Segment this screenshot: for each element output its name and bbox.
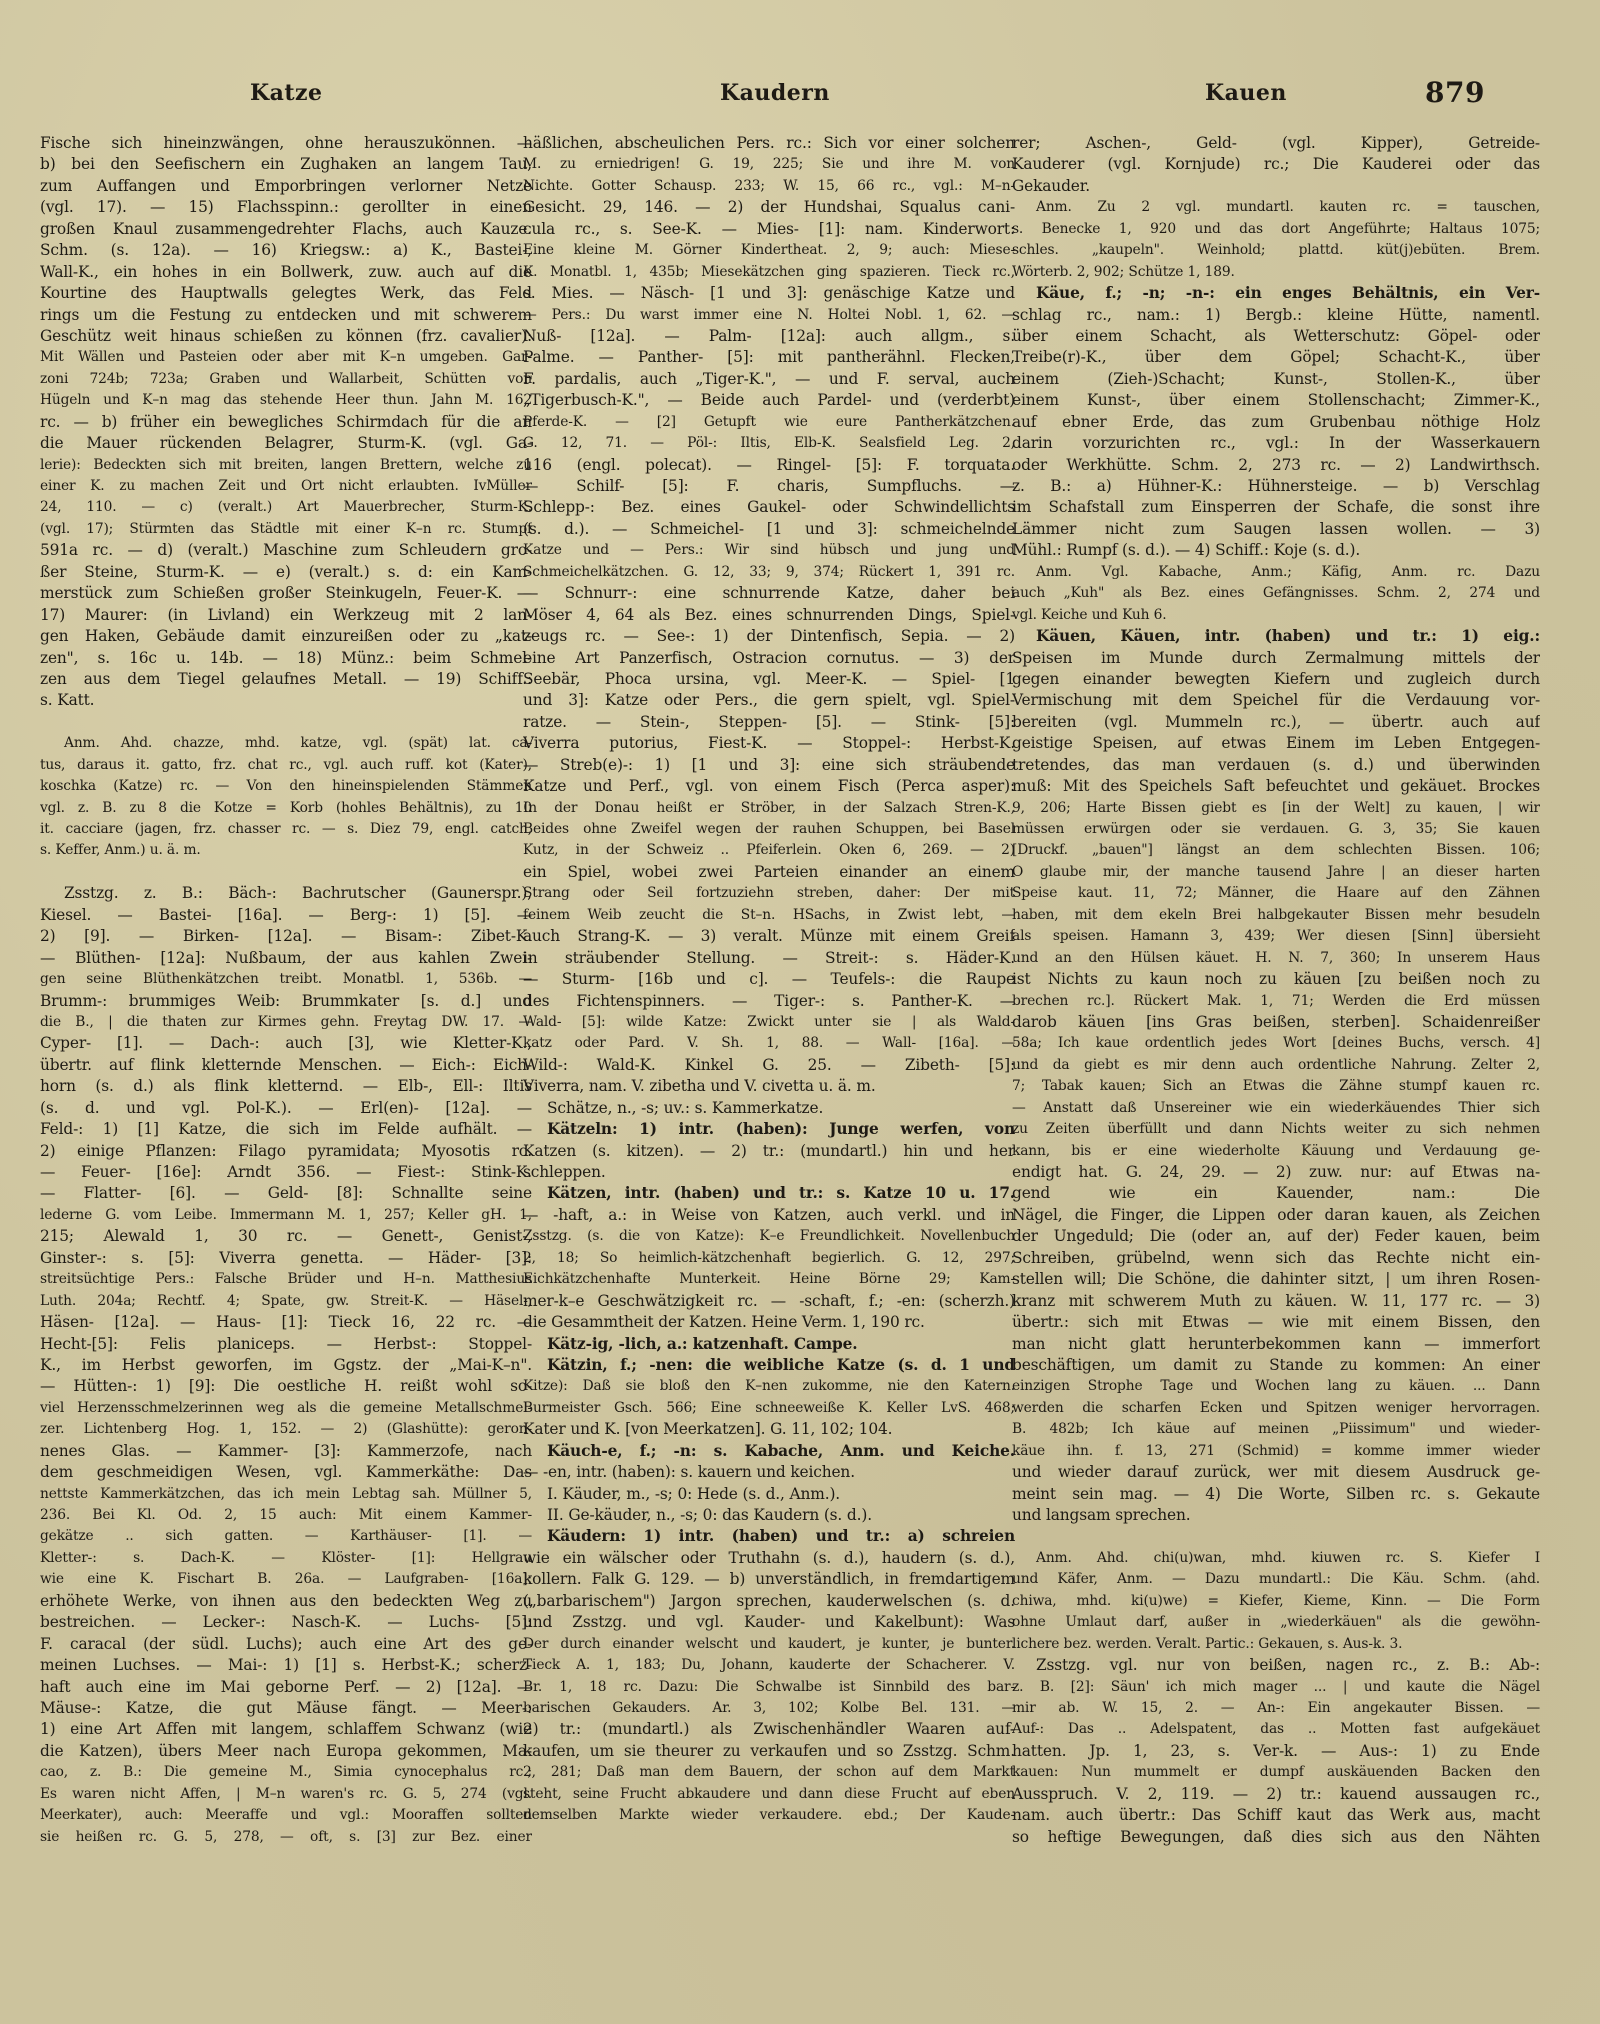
text-line: in sträubender Stellung. — Streit-: s. H… (523, 948, 1015, 969)
text-line: nenes Glas. — Kammer- [3]: Kammerzofe, n… (40, 1441, 532, 1462)
running-head-left: Katze (250, 80, 323, 106)
text-line: darin vorzurichten rc., vgl.: In der Was… (1012, 433, 1540, 454)
text-line: tus, daraus it. gatto, frz. chat rc., vg… (40, 755, 532, 776)
text-line: ist Nichts zu kaun noch zu käuen [zu bei… (1012, 969, 1540, 990)
text-line: — Pers.: Du warst immer eine N. Holtei N… (523, 305, 1015, 326)
text-line: s. Katt. (40, 690, 532, 711)
text-line: (s. d.). — Schmeichel- [1 und 3]: schmei… (523, 519, 1015, 540)
text-line: bestreichen. — Lecker-: Nasch-K. — Luchs… (40, 1612, 532, 1633)
text-line: die B., | die thaten zur Kirmes gehn. Fr… (40, 1012, 532, 1033)
text-line: steht, seine Frucht abkaudere und dann d… (523, 1784, 1015, 1805)
text-line: geistige Speisen, auf etwas Einem im Leb… (1012, 733, 1540, 754)
text-line: — Schnurr-: eine schnurrende Katze, dahe… (523, 583, 1015, 604)
text-line: Wild-: Wald-K. Kinkel G. 25. — Zibeth- [… (523, 1055, 1015, 1076)
text-line: feinem Weib zeucht die St–n. HSachs, in … (523, 905, 1015, 926)
text-line: kauen: Nun mummelt er dumpf auskäuenden … (1012, 1762, 1540, 1783)
text-line: man nicht glatt herunterbekommen kann — … (1012, 1334, 1540, 1355)
text-line: auf ebner Erde, das zum Grubenbau nöthig… (1012, 412, 1540, 433)
text-line: Speisen im Munde durch Zermalmung mittel… (1012, 648, 1540, 669)
entry-headword-line: Käue, f.; -n; -n-: ein enges Behältnis, … (1012, 283, 1540, 304)
text-line: zu Zeiten überfüllt und dann Nichts weit… (1012, 1119, 1540, 1140)
text-line: kann, bis er eine wiederholte Käuung und… (1012, 1141, 1540, 1162)
text-line: — -haft, a.: in Weise von Katzen, auch v… (523, 1205, 1015, 1226)
text-line: meint sein mag. — 4) Die Worte, Silben r… (1012, 1484, 1540, 1505)
text-line: Mäuse-: Katze, die gut Mäuse fängt. — Me… (40, 1698, 532, 1719)
text-line: brechen rc.]. Rückert Mak. 1, 71; Werden… (1012, 991, 1540, 1012)
text-line: gen Haken, Gebäude damit einzureißen ode… (40, 626, 532, 647)
text-line: zum Auffangen und Emporbringen verlorner… (40, 176, 532, 197)
text-line: Wörterb. 2, 902; Schütze 1, 189. (1012, 262, 1540, 283)
text-column-2: häßlichen, abscheulichen Pers. rc.: Sich… (523, 133, 1015, 1827)
text-line: horn (s. d.) als flink kletternd. — Elb-… (40, 1076, 532, 1097)
text-line: eine Art Panzerfisch, Ostracion cornutus… (523, 648, 1015, 669)
text-line: und da giebt es mir denn auch ordentlich… (1012, 1055, 1540, 1076)
text-line: Strang oder Seil fortzuziehn streben, da… (523, 883, 1015, 904)
text-line: Cyper- [1]. — Dach-: auch [3], wie Klett… (40, 1033, 532, 1054)
text-line: häßlichen, abscheulichen Pers. rc.: Sich… (523, 133, 1015, 154)
text-line: tretendes, das man verdauen (s. d.) und … (1012, 755, 1540, 776)
text-line: zer. Lichtenberg Hog. 1, 152. — 2) (Glas… (40, 1419, 532, 1440)
text-line: Brumm-: brummiges Weib: Brummkater [s. d… (40, 991, 532, 1012)
text-line: Seebär, Phoca ursina, vgl. Meer-K. — Spi… (523, 669, 1015, 690)
text-line: und Käfer, Anm. — Dazu mundartl.: Die Kä… (1012, 1569, 1540, 1590)
text-line: erhöhete Werke, von ihnen aus den bedeck… (40, 1591, 532, 1612)
text-line: Kater und K. [von Meerkatzen]. G. 11, 10… (523, 1419, 1015, 1440)
text-line: Speise kaut. 11, 72; Männer, die Haare a… (1012, 883, 1540, 904)
text-line: rer; Aschen-, Geld- (vgl. Kipper), Getre… (1012, 133, 1540, 154)
text-line: kaufen, um sie theurer zu verkaufen und … (523, 1741, 1015, 1762)
text-line: 215; Alewald 1, 30 rc. — Genett-, Genist… (40, 1226, 532, 1247)
text-line: sie heißen rc. G. 5, 278, — oft, s. [3] … (40, 1827, 532, 1848)
text-line: übertr. auf flink kletternde Menschen. —… (40, 1055, 532, 1076)
text-line: Hügeln und K–n mag das stehende Heer thu… (40, 390, 532, 411)
text-line: koschka (Katze) rc. — Von den hineinspie… (40, 776, 532, 797)
text-line: gegen einander bewegten Kiefern und zugl… (1012, 669, 1540, 690)
entry-headword-line: Käuch-e, f.; -n: s. Kabache, Anm. und Ke… (523, 1441, 1015, 1462)
text-line: (s. d. und vgl. Pol-K.). — Erl(en)- [12a… (40, 1098, 532, 1119)
text-line: Anm. Vgl. Kabache, Anm.; Käfig, Anm. rc.… (1012, 562, 1540, 583)
text-line: Anm. Ahd. chi(u)wan, mhd. kiuwen rc. S. … (1012, 1548, 1540, 1569)
text-line: it. cacciare (jagen, frz. chasser rc. — … (40, 819, 532, 840)
text-line: z. B.: a) Hühner-K.: Hühnersteige. — b) … (1012, 476, 1540, 497)
text-line: wie eine K. Fischart B. 26a. — Laufgrabe… (40, 1569, 532, 1590)
text-line: s. Keffer, Anm.) u. ä. m. (40, 840, 532, 861)
text-line: hatten. Jp. 1, 23, s. Ver-k. — Aus-: 1) … (1012, 1741, 1540, 1762)
text-line: 24, 110. — c) (veralt.) Art Mauerbrecher… (40, 497, 532, 518)
text-line: Katzen (s. kitzen). — 2) tr.: (mundartl.… (523, 1141, 1015, 1162)
text-line: Kiesel. — Bastei- [16a]. — Berg-: 1) [5]… (40, 905, 532, 926)
text-line: Kauderer (vgl. Kornjude) rc.; Die Kauder… (1012, 154, 1540, 175)
text-line: Meerkater), auch: Meeraffe und vgl.: Moo… (40, 1805, 532, 1826)
text-line: 17) Maurer: (in Livland) ein Werkzeug mi… (40, 605, 532, 626)
text-line: Feld-: 1) [1] Katze, die sich im Felde a… (40, 1119, 532, 1140)
entry-headword-line: Kätzeln: 1) intr. (haben): Junge werfen,… (523, 1119, 1015, 1140)
text-line: zen", s. 16c u. 14b. — 18) Münz.: beim S… (40, 648, 532, 669)
text-line: einem (Zieh-)Schacht; Kunst-, Stollen-K.… (1012, 369, 1540, 390)
text-line: so heftige Bewegungen, daß dies sich aus… (1012, 1827, 1540, 1848)
text-line: haben, mit dem ekeln Brei halbgekauter B… (1012, 905, 1540, 926)
text-line: übertr.: sich mit Etwas — wie mit einem … (1012, 1312, 1540, 1333)
text-line: Der durch einander welscht und kaudert, … (523, 1634, 1015, 1655)
text-line: rings um die Festung zu entdecken und mi… (40, 305, 532, 326)
text-line: stellen will; Die Schöne, die dahinter s… (1012, 1269, 1540, 1290)
text-line: Nichte. Gotter Schausp. 233; W. 15, 66 r… (523, 176, 1015, 197)
text-line: Viverra putorius, Fiest-K. — Stoppel-: H… (523, 733, 1015, 754)
text-line: und langsam sprechen. (1012, 1505, 1540, 1526)
text-line: bereiten (vgl. Mummeln rc.), — übertr. a… (1012, 712, 1540, 733)
text-line: (vgl. 17); Stürmten das Städtle mit eine… (40, 519, 532, 540)
text-line: darob käuen [ins Gras beißen, sterben]. … (1012, 1012, 1540, 1033)
text-line: merstück zum Schießen großer Steinkugeln… (40, 583, 532, 604)
text-line: 2, 18; So heimlich-kätzchenhaft begierli… (523, 1248, 1015, 1269)
text-line: zoni 724b; 723a; Graben und Wallarbeit, … (40, 369, 532, 390)
text-line: Schmeichelkätzchen. G. 12, 33; 9, 374; R… (523, 562, 1015, 583)
text-line: Zsstzg. vgl. nur von beißen, nagen rc., … (1012, 1655, 1540, 1676)
text-line: Anm. Ahd. chazze, mhd. katze, vgl. (spät… (40, 733, 532, 754)
text-line: meinen Luchses. — Mai-: 1) [1] s. Herbst… (40, 1655, 532, 1676)
text-line: Hecht-[5]: Felis planiceps. — Herbst-: S… (40, 1334, 532, 1355)
text-line: Kletter-: s. Dach-K. — Klöster- [1]: Hel… (40, 1548, 532, 1569)
text-line: vgl. Keiche und Kuh 6. (1012, 605, 1540, 626)
text-line: s. Benecke 1, 920 und das dort Angeführt… (1012, 219, 1540, 240)
text-line: über einem Schacht, als Wetterschutz: Gö… (1012, 326, 1540, 347)
text-line (40, 862, 532, 883)
text-line: müssen erwürgen oder sie verdauen. G. 3,… (1012, 819, 1540, 840)
text-line: Gesicht. 29, 146. — 2) der Hundshai, Squ… (523, 197, 1015, 218)
text-line: In der Donau heißt er Ströber, in der Sa… (523, 798, 1015, 819)
text-line: z. B. [2]: Säun' ich mich mager ... | un… (1012, 1677, 1540, 1698)
text-line: lederne G. vom Leibe. Immermann M. 1, 25… (40, 1205, 532, 1226)
text-line: M. zu erniedrigen! G. 19, 225; Sie und i… (523, 154, 1015, 175)
text-line: 2) [9]. — Birken- [12a]. — Bisam-: Zibet… (40, 926, 532, 947)
text-line: Katze und Perf., vgl. von einem Fisch (P… (523, 776, 1015, 797)
text-line: cula rc., s. See-K. — Mies- [1]: nam. Ki… (523, 219, 1015, 240)
text-line: 2) einige Pflanzen: Filago pyramidata; M… (40, 1141, 532, 1162)
text-line: — Blüthen- [12a]: Nußbaum, der aus kahle… (40, 948, 532, 969)
text-line: wie ein wälscher oder Truthahn (s. d.), … (523, 1548, 1015, 1569)
text-line: Schm. (s. 12a). — 16) Kriegsw.: a) K., B… (40, 240, 532, 261)
text-line: schleppen. (523, 1162, 1015, 1183)
text-line: Kitze): Daß sie bloß den K–nen zukomme, … (523, 1376, 1015, 1397)
text-line: — Sturm- [16b und c]. — Teufels-: die Ra… (523, 969, 1015, 990)
text-line (40, 712, 532, 733)
text-line: vgl. z. B. zu 8 die Kotze = Korb (hohles… (40, 798, 532, 819)
text-line: Treibe(r)-K., über dem Göpel; Schacht-K.… (1012, 347, 1540, 368)
entry-headword-line: Käuen, Käuen, intr. (haben) und tr.: 1) … (1012, 626, 1540, 647)
running-head-right: Kauen (1205, 80, 1287, 106)
text-line: Kutz, in der Schweiz .. Pfeiferlein. Oke… (523, 840, 1015, 861)
text-line: 116 (engl. polecat). — Ringel- [5]: F. t… (523, 455, 1015, 476)
text-line: ßer Steine, Sturm-K. — e) (veralt.) s. d… (40, 562, 532, 583)
text-line: Kourtine des Hauptwalls gelegtes Werk, d… (40, 283, 532, 304)
text-line: ein Spiel, wobei zwei Parteien einander … (523, 862, 1015, 883)
text-line: rc. — b) früher ein bewegliches Schirmda… (40, 412, 532, 433)
text-line: endigt hat. G. 24, 29. — 2) zuw. nur: au… (1012, 1162, 1540, 1183)
text-line: als speisen. Hamann 3, 439; Wer diesen [… (1012, 926, 1540, 947)
text-line: schlag rc., nam.: 1) Bergb.: kleine Hütt… (1012, 305, 1540, 326)
text-line: gekätze .. sich gatten. — Karthäuser- [1… (40, 1526, 532, 1547)
text-line: mir ab. W. 15, 2. — An-: Ein angekauter … (1012, 1698, 1540, 1719)
text-line: Luth. 204a; Rechtf. 4; Spate, gw. Streit… (40, 1291, 532, 1312)
text-line: G. 12, 71. — Pöl-: Iltis, Elb-K. Sealsfi… (523, 433, 1015, 454)
text-line: „Tigerbusch-K.", — Beide auch Pardel- un… (523, 390, 1015, 411)
text-line: käue ihn. f. 13, 271 (Schmid) = komme im… (1012, 1441, 1540, 1462)
text-line: die Gesammtheit der Katzen. Heine Verm. … (523, 1312, 1015, 1333)
text-line: lichere bez. werden. Veralt. Partic.: Ge… (1012, 1634, 1540, 1655)
text-line: Eine kleine M. Görner Kindertheat. 2, 9;… (523, 240, 1015, 261)
text-line: — Streb(e)-: 1) [1 und 3]: eine sich str… (523, 755, 1015, 776)
running-head: Katze Kaudern Kauen 879 (0, 80, 1600, 120)
text-line: demselben Markte wieder verkaudere. ebd.… (523, 1805, 1015, 1826)
text-line: barischen Gekauders. Ar. 3, 102; Kolbe B… (523, 1698, 1015, 1719)
text-line: mer-k–e Geschwätzigkeit rc. — -schaft, f… (523, 1291, 1015, 1312)
text-line: Palme. — Panther- [5]: mit pantherähnl. … (523, 347, 1015, 368)
text-line: Mit Wällen und Pasteien oder aber mit K–… (40, 347, 532, 368)
text-line: s. Mies. — Näsch- [1 und 3]: genäschige … (523, 283, 1015, 304)
text-line: — Feuer- [16e]: Arndt 356. — Fiest-: Sti… (40, 1162, 532, 1183)
text-line: B. 482b; Ich käue auf meinen „Piissimum"… (1012, 1419, 1540, 1440)
text-line: Häsen- [12a]. — Haus- [1]: Tieck 16, 22 … (40, 1312, 532, 1333)
text-line: beschäftigen, um damit zu Stande zu komm… (1012, 1355, 1540, 1376)
text-line: Eichkätzchenhafte Munterkeit. Heine Börn… (523, 1269, 1015, 1290)
text-line: Anm. Zu 2 vgl. mundartl. kauten rc. = ta… (1012, 197, 1540, 218)
text-line: 1) eine Art Affen mit langem, schlaffem … (40, 1719, 532, 1740)
text-line: Schätze, n., -s; uv.: s. Kammerkatze. (523, 1098, 1015, 1119)
text-line: viel Herzensschmelzerinnen weg als die g… (40, 1398, 532, 1419)
text-line: [Druckf. „bauen"] längst an dem schlecht… (1012, 840, 1540, 861)
text-line: nam. auch übertr.: Das Schiff kaut das W… (1012, 1805, 1540, 1826)
text-line: einer K. zu machen Zeit und Ort nicht er… (40, 476, 532, 497)
text-line: cao, z. B.: Die gemeine M., Simia cynoce… (40, 1762, 532, 1783)
text-line: ohne Umlaut darf, außer in „wiederkäuen"… (1012, 1612, 1540, 1633)
text-line: F. pardalis, auch „Tiger-K.", — und F. s… (523, 369, 1015, 390)
text-line: einem Kunst-, über einem Stollenschacht;… (1012, 390, 1540, 411)
text-line: gend wie ein Kauender, nam.: Die (1012, 1183, 1540, 1204)
page-number: 879 (1425, 76, 1485, 109)
text-line: Schreiben, grübelnd, wenn sich das Recht… (1012, 1248, 1540, 1269)
text-line: im Schafstall zum Einsperren der Schafe,… (1012, 497, 1540, 518)
text-line: des Fichtenspinners. — Tiger-: s. Panthe… (523, 991, 1015, 1012)
text-line: haft auch eine im Mai geborne Perf. — 2)… (40, 1677, 532, 1698)
text-line: K. Monatbl. 1, 435b; Miesekätzchen ging … (523, 262, 1015, 283)
text-line: auch „Kuh" als Bez. eines Gefängnisses. … (1012, 583, 1540, 604)
text-line: Zsstzg. z. B.: Bäch-: Bachrutscher (Gaun… (40, 883, 532, 904)
text-line: Mühl.: Rumpf (s. d.). — 4) Schiff.: Koje… (1012, 540, 1540, 561)
text-line: ratze. — Stein-, Steppen- [5]. — Stink- … (523, 712, 1015, 733)
text-line: und an den Hülsen käuet. H. N. 7, 360; I… (1012, 948, 1540, 969)
running-head-center: Kaudern (720, 80, 830, 106)
text-line: Fische sich hineinzwängen, ohne herauszu… (40, 133, 532, 154)
text-line: dem geschmeidigen Wesen, vgl. Kammerkäth… (40, 1462, 532, 1483)
text-line: II. Ge-käuder, n., -s; 0: das Kaudern (s… (523, 1505, 1015, 1526)
text-line: nettste Kammerkätzchen, das ich mein Leb… (40, 1484, 532, 1505)
text-line: F. caracal (der südl. Luchs); auch eine … (40, 1634, 532, 1655)
text-line: die Mauer rückenden Belagrer, Sturm-K. (… (40, 433, 532, 454)
text-line: b) bei den Seefischern ein Zughaken an l… (40, 154, 532, 175)
text-line: O glaube mir, der manche tausend Jahre |… (1012, 862, 1540, 883)
text-line: Gekauder. (1012, 176, 1540, 197)
entry-headword-line: Kätzen, intr. (haben) und tr.: s. Katze … (523, 1183, 1015, 1204)
entry-headword-line: Käudern: 1) intr. (haben) und tr.: a) sc… (523, 1526, 1015, 1547)
text-line: Wald- [5]: wilde Katze: Zwickt unter sie… (523, 1012, 1015, 1033)
text-line: Geschütz weit hinaus schießen zu können … (40, 326, 532, 347)
text-line: die Katzen), übers Meer nach Europa geko… (40, 1741, 532, 1762)
text-line: einzigen Strophe Tage und Wochen lang zu… (1012, 1376, 1540, 1397)
text-line: Auf-: Das .. Adelspatent, das .. Motten … (1012, 1719, 1540, 1740)
text-line: schles. „kaupeln". Weinhold; plattd. küt… (1012, 240, 1540, 261)
entry-headword-line: Kätzin, f.; -nen: die weibliche Katze (s… (523, 1355, 1015, 1376)
text-column-1: Fische sich hineinzwängen, ohne herauszu… (40, 133, 532, 1848)
text-line: K., im Herbst geworfen, im Ggstz. der „M… (40, 1355, 532, 1376)
text-line: Schlepp-: Bez. eines Gaukel- oder Schwin… (523, 497, 1015, 518)
text-line: chiwa, mhd. ki(u)we) = Kiefer, Kieme, Ki… (1012, 1591, 1540, 1612)
entry-headword-line: Kätz-ig, -lich, a.: katzenhaft. Campe. (523, 1334, 1015, 1355)
text-line: Tieck A. 1, 183; Du, Johann, kauderte de… (523, 1655, 1015, 1676)
text-line: Katze und — Pers.: Wir sind hübsch und j… (523, 540, 1015, 561)
text-line: und 3]: Katze oder Pers., die gern spiel… (523, 690, 1015, 711)
text-line: — Schilf- [5]: F. charis, Sumpfluchs. — (523, 476, 1015, 497)
text-line: Beides ohne Zweifel wegen der rauhen Sch… (523, 819, 1015, 840)
text-line: katz oder Pard. V. Sh. 1, 88. — Wall- [1… (523, 1033, 1015, 1054)
text-line: großen Knaul zusammengedrehter Flachs, a… (40, 219, 532, 240)
text-line (1012, 1526, 1540, 1547)
text-line: Nägel, die Finger, die Lippen oder daran… (1012, 1205, 1540, 1226)
text-line: 9, 206; Harte Bissen giebt es [in der We… (1012, 798, 1540, 819)
text-line: gen seine Blüthenkätzchen treibt. Monatb… (40, 969, 532, 990)
text-line: 2) tr.: (mundartl.) als Zwischenhändler … (523, 1719, 1015, 1740)
text-line: Zsstzg. (s. die von Katze): K–e Freundli… (523, 1226, 1015, 1247)
text-line: Pferde-K. — [2] Getupft wie eure Panther… (523, 412, 1015, 433)
text-line: Wall-K., ein hohes in ein Bollwerk, zuw.… (40, 262, 532, 283)
text-line: — Anstatt daß Unsereiner wie ein wiederk… (1012, 1098, 1540, 1119)
text-line: der Ungeduld; Die (oder an, auf der) Fed… (1012, 1226, 1540, 1247)
text-line: Ginster-: s. [5]: Viverra genetta. — Häd… (40, 1248, 532, 1269)
text-line: 2, 281; Daß man dem Bauern, der schon au… (523, 1762, 1015, 1783)
text-line: Lämmer nicht zum Saugen lassen wollen. —… (1012, 519, 1540, 540)
text-line: 7; Tabak kauen; Sich an Etwas die Zähne … (1012, 1076, 1540, 1097)
text-line: und wieder darauf zurück, wer mit diesem… (1012, 1462, 1540, 1483)
text-line: Burmeister Gsch. 566; Eine schneeweiße K… (523, 1398, 1015, 1419)
text-line: — Hütten-: 1) [9]: Die oestliche H. reiß… (40, 1376, 532, 1397)
text-line: zeugs rc. — See-: 1) der Dintenfisch, Se… (523, 626, 1015, 647)
text-line: (vgl. 17). — 15) Flachsspinn.: gerollter… (40, 197, 532, 218)
text-line: oder Werkhütte. Schm. 2, 273 rc. — 2) La… (1012, 455, 1540, 476)
text-line: streitsüchtige Pers.: Falsche Brüder und… (40, 1269, 532, 1290)
text-line: kranz mit schwerem Muth zu käuen. W. 11,… (1012, 1291, 1540, 1312)
text-line: 236. Bei Kl. Od. 2, 15 auch: Mit einem K… (40, 1505, 532, 1526)
text-line: und Zsstzg. und vgl. Kauder- und Kakelbu… (523, 1612, 1015, 1633)
text-line: — Flatter- [6]. — Geld- [8]: Schnallte s… (40, 1183, 532, 1204)
text-line: kollern. Falk G. 129. — b) unverständlic… (523, 1569, 1015, 1590)
text-line: Möser 4, 64 als Bez. eines schnurrenden … (523, 605, 1015, 626)
text-line: auch Strang-K. — 3) veralt. Münze mit ei… (523, 926, 1015, 947)
text-line: I. Käuder, m., -s; 0: Hede (s. d., Anm.)… (523, 1484, 1015, 1505)
text-line: zen aus dem Tiegel gelaufnes Metall. — 1… (40, 669, 532, 690)
text-line: 58a; Ich kaue ordentlich jedes Wort [dei… (1012, 1033, 1540, 1054)
text-line: Nuß- [12a]. — Palm- [12a]: auch allgm., … (523, 326, 1015, 347)
text-line: Ausspruch. V. 2, 119. — 2) tr.: kauend a… (1012, 1784, 1540, 1805)
text-line: Viverra, nam. V. zibetha und V. civetta … (523, 1076, 1015, 1097)
text-line: Vermischung mit dem Speichel für die Ver… (1012, 690, 1540, 711)
text-line: werden die scharfen Ecken und Spitzen we… (1012, 1398, 1540, 1419)
text-line: („barbarischem") Jargon sprechen, kauder… (523, 1591, 1015, 1612)
text-column-3: rer; Aschen-, Geld- (vgl. Kipper), Getre… (1012, 133, 1540, 1848)
text-line: Es waren nicht Affen, | M–n waren's rc. … (40, 1784, 532, 1805)
text-line: — -en, intr. (haben): s. kauern und keic… (523, 1462, 1015, 1483)
text-line: 591a rc. — d) (veralt.) Maschine zum Sch… (40, 540, 532, 561)
text-line: muß: Mit des Speichels Saft befeuchtet u… (1012, 776, 1540, 797)
text-line: Br. 1, 18 rc. Dazu: Die Schwalbe ist Sin… (523, 1677, 1015, 1698)
text-line: lerie): Bedeckten sich mit breiten, lang… (40, 455, 532, 476)
